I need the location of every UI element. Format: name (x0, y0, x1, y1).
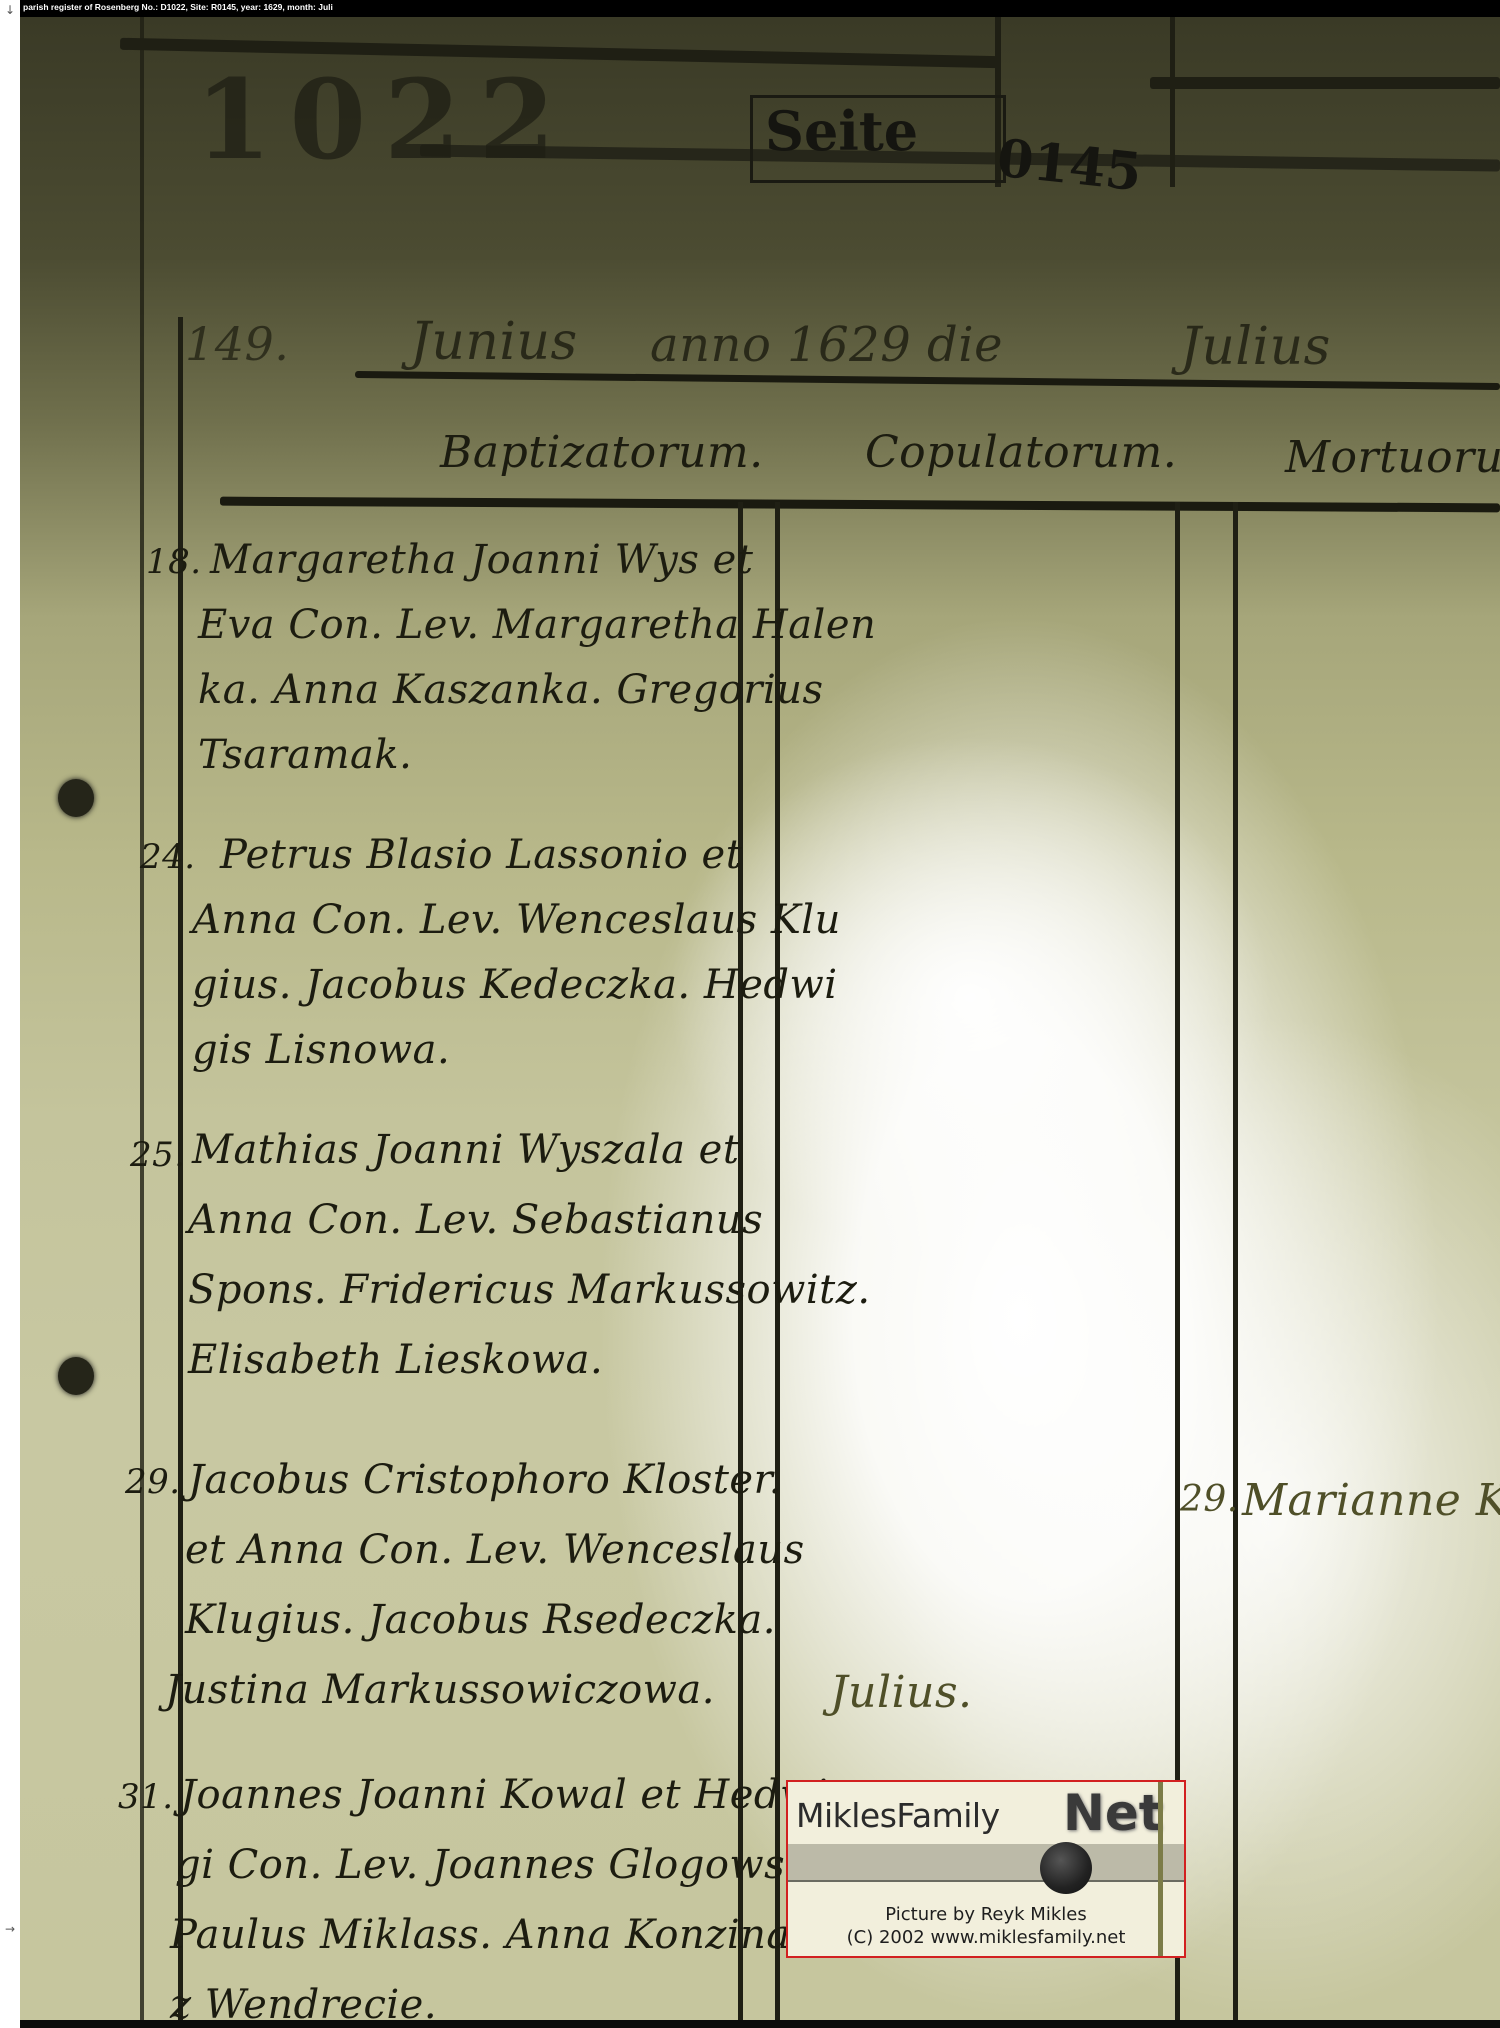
page-number: 0145 (994, 128, 1144, 204)
baptism-line: Tsaramak. (198, 732, 412, 778)
baptism-line: Justina Markussowiczowa. (165, 1667, 715, 1713)
baptism-day: 18. (146, 542, 202, 582)
baptism-line: Petrus Blasio Lassonio et (220, 832, 742, 878)
baptism-line: Elisabeth Lieskowa. (188, 1337, 603, 1383)
death-day: 29. (1180, 1479, 1239, 1520)
baptism-line: Anna Con. Lev. Sebastianus (188, 1197, 763, 1243)
window-title-bar: parish register of Rosenberg No.: D1022,… (20, 0, 1500, 17)
arrow-down-icon[interactable]: ↓ (3, 3, 17, 17)
baptism-line: Jacobus Cristophoro Kloster. (188, 1457, 782, 1503)
baptism-line: gi Con. Lev. Joannes Glogowsky. (175, 1842, 841, 1888)
baptism-day: 29. (125, 1462, 181, 1502)
baptism-line: Anna Con. Lev. Wenceslaus Klu (192, 897, 841, 943)
baptism-line: z Wendrecie. (170, 1982, 437, 2020)
column-header-baptisms: Baptizatorum. (440, 427, 764, 478)
baptism-line: gis Lisnowa. (192, 1027, 450, 1073)
baptism-line: Mathias Joanni Wyszala et (192, 1127, 739, 1173)
book-number: 1022 (195, 55, 573, 184)
baptism-line: et Anna Con. Lev. Wenceslaus (185, 1527, 805, 1573)
header-rule-right (1150, 77, 1500, 89)
arrow-right-icon[interactable]: → (3, 1922, 17, 1936)
baptism-line: Klugius. Jacobus Rsedeczka. (185, 1597, 776, 1643)
column-header-deaths: Mortuorum (1285, 432, 1500, 483)
baptism-line: Joannes Joanni Kowal et Hedwi (180, 1772, 828, 1818)
death-entry: Marianne Klu (1242, 1475, 1500, 1526)
heading-month-b: Julius (1180, 317, 1331, 377)
heading-entry-number: 149. (185, 317, 289, 371)
baptism-line: Spons. Fridericus Markussowitz. (188, 1267, 871, 1313)
bottom-edge-bar (20, 2020, 1500, 2028)
watermark-band (788, 1844, 1184, 1882)
baptism-day: 24. (140, 837, 196, 877)
baptism-line: Margaretha Joanni Wys et (210, 537, 753, 583)
baptism-line: Eva Con. Lev. Margaretha Halen (198, 602, 876, 648)
baptism-line: ka. Anna Kaszanka. Gregorius (198, 667, 824, 713)
baptism-day: 25. (130, 1135, 186, 1175)
watermark-credit: Picture by Reyk Mikles (788, 1904, 1184, 1925)
watermark-ball-icon (1040, 1842, 1092, 1894)
punch-hole-2 (58, 1357, 94, 1395)
seite-label: Seite (765, 99, 918, 163)
register-scan: 1022 Seite 0145 149. Junius anno 1629 di… (20, 17, 1500, 2020)
heading-month-a: Junius (410, 312, 578, 372)
heading-year: anno 1629 die (650, 317, 1003, 373)
column-line-deaths-left (1233, 502, 1238, 2020)
columns-rule (220, 497, 1500, 513)
watermark-brand-suffix: Net (1063, 1784, 1163, 1842)
watermark-brand: MiklesFamily (796, 1796, 1000, 1835)
column-line-margin (140, 17, 144, 2020)
left-margin: ↓ → (0, 0, 20, 2028)
baptism-line: Paulus Miklass. Anna Konzina (170, 1912, 791, 1958)
header-divider-2 (1170, 17, 1175, 187)
marriages-note: Julius. (830, 1667, 973, 1718)
baptism-day: 31. (118, 1777, 174, 1817)
punch-hole-1 (58, 779, 94, 817)
watermark-copyright: (C) 2002 www.miklesfamily.net (788, 1927, 1184, 1948)
baptism-line: gius. Jacobus Kedeczka. Hedwi (192, 962, 838, 1008)
watermark-box: MiklesFamily Net Picture by Reyk Mikles … (786, 1780, 1186, 1958)
column-header-marriages: Copulatorum. (865, 427, 1177, 478)
